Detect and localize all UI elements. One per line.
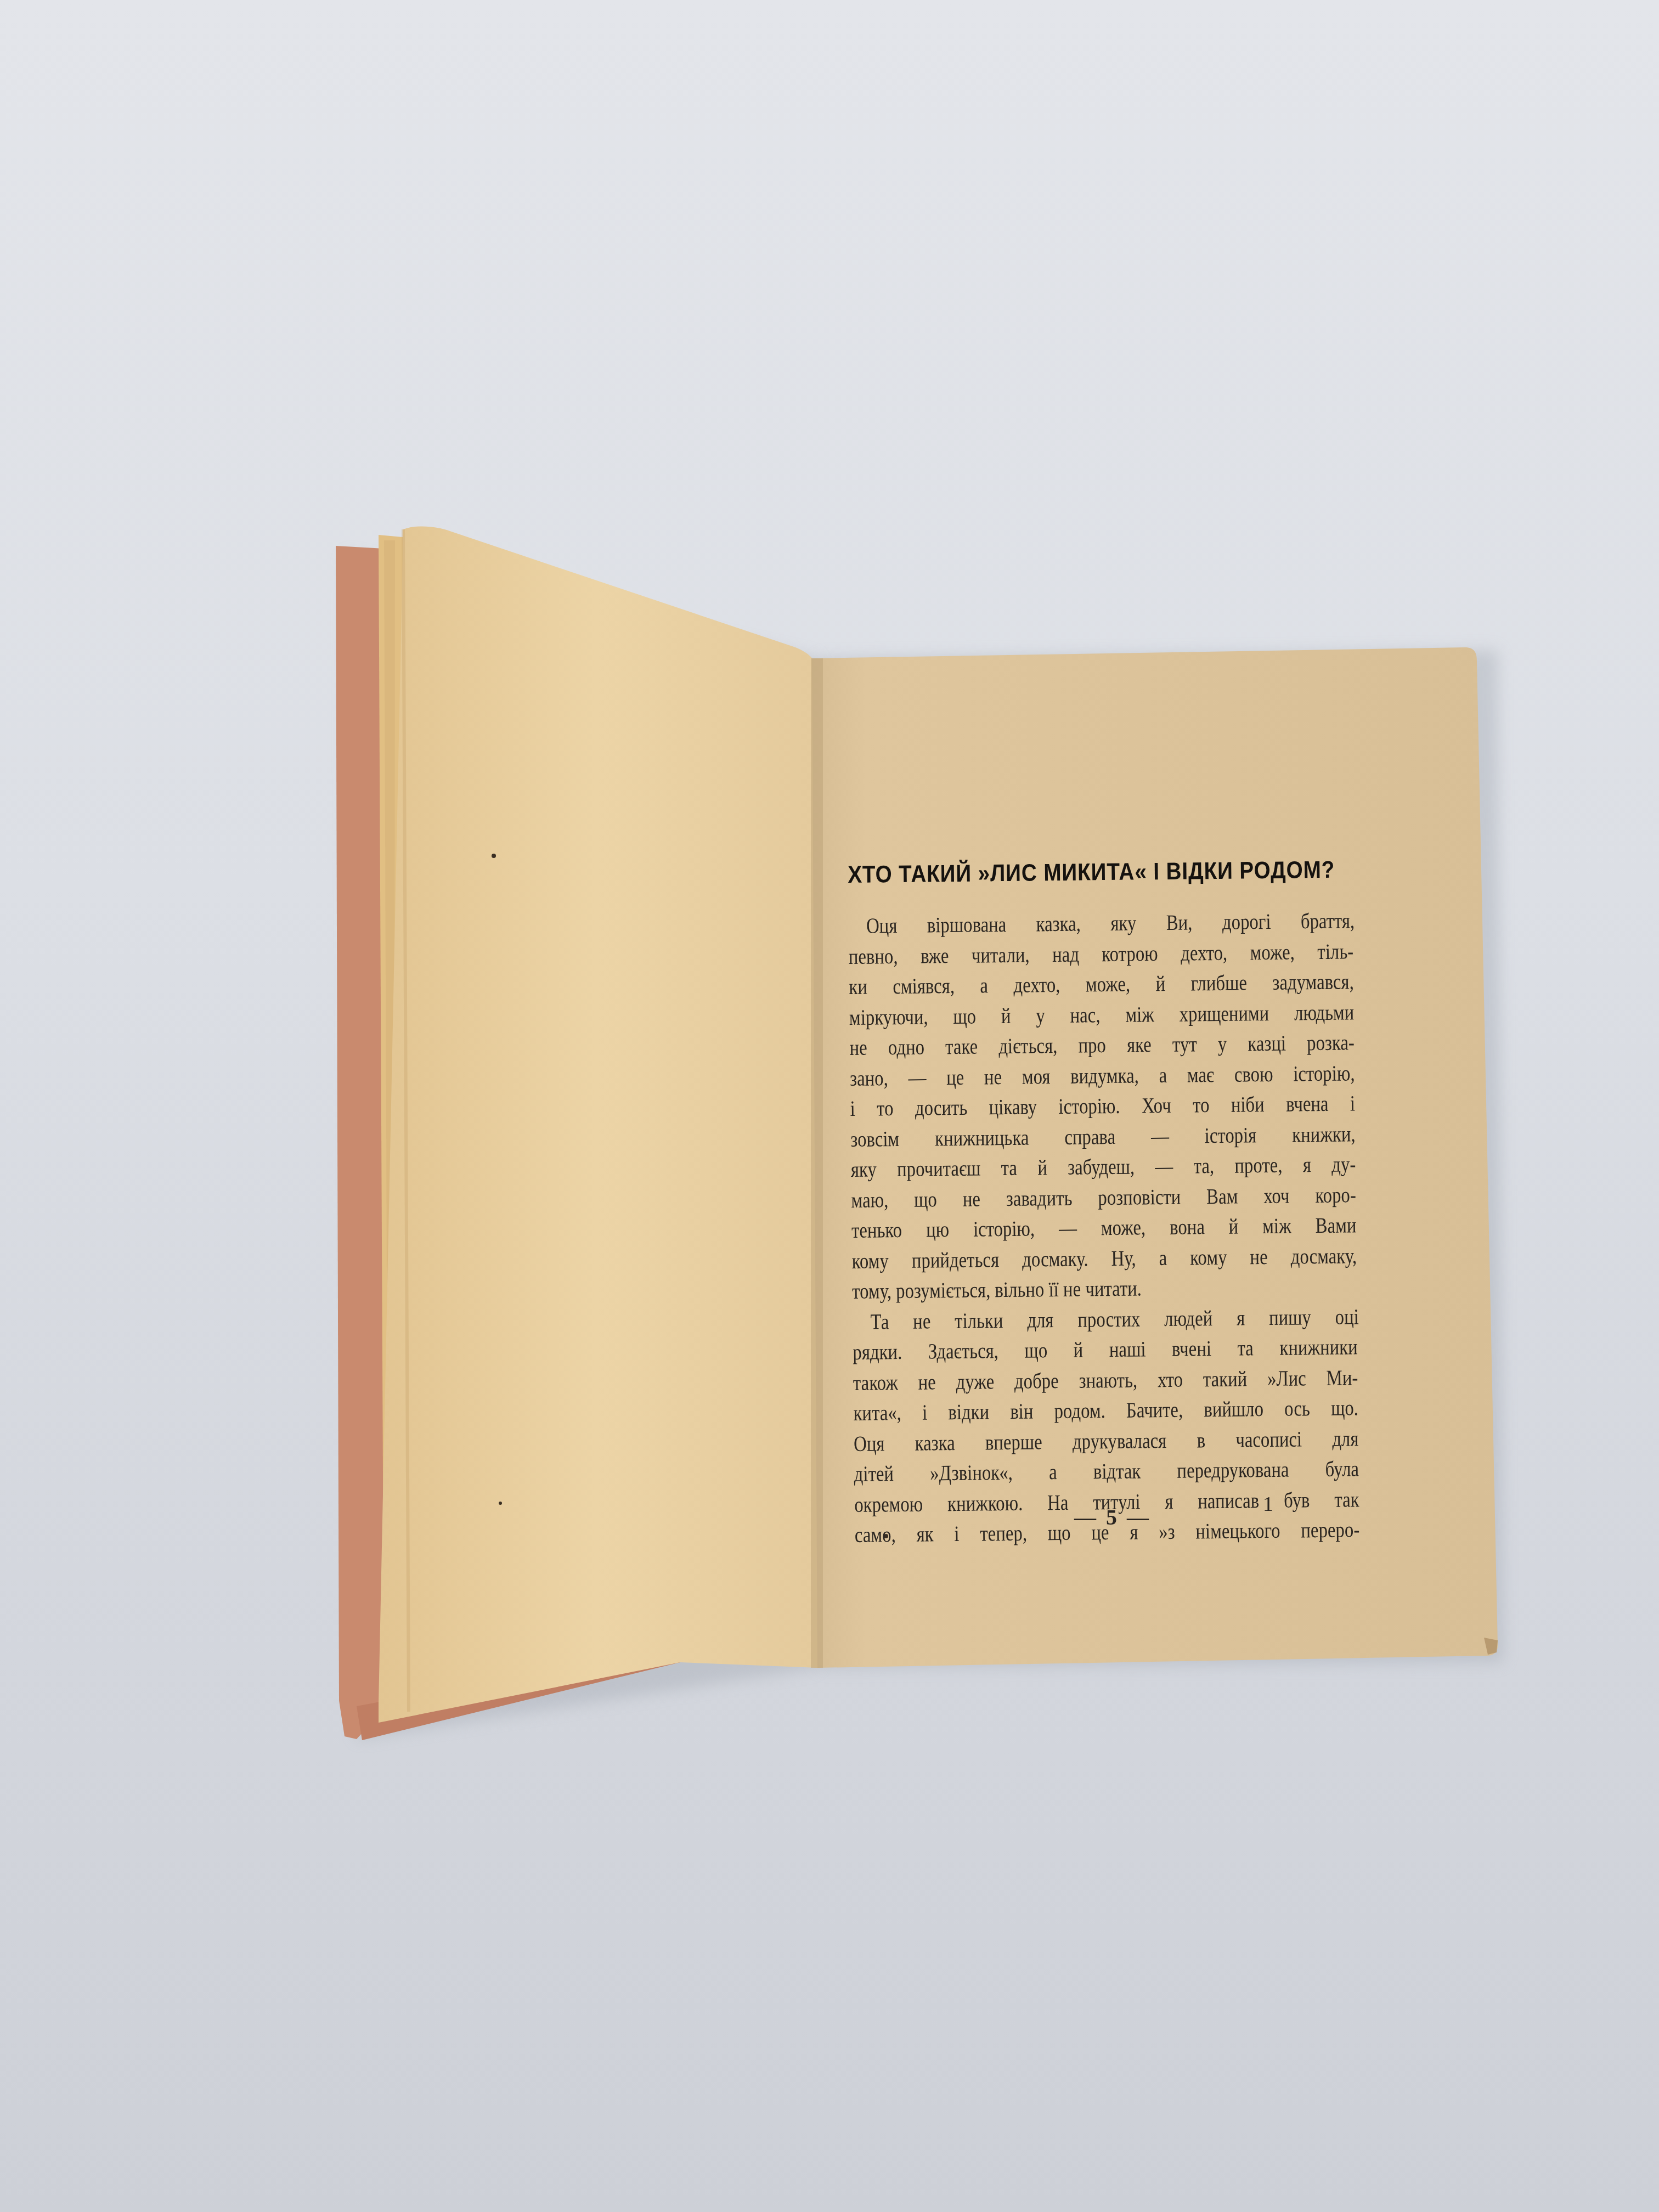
text-line: рядки. Здається, що й наші вчені та книж…: [853, 1331, 1358, 1367]
body-text: Оця віршована казка, яку Ви, дорогі брат…: [848, 905, 1359, 1550]
text-line: Оця віршована казка, яку Ви, дорогі брат…: [848, 905, 1355, 941]
text-line: також не дуже добре знають, хто такий »Л…: [853, 1362, 1358, 1398]
text-line: певно, вже читали, над котрою дехто, мож…: [849, 936, 1354, 972]
text-line: маю, що не завадить розповісти Вам хоч к…: [851, 1180, 1356, 1215]
text-line: ки сміявся, а дехто, може, й глибше заду…: [849, 966, 1354, 1002]
text-line: тенько цю історію, — може, вона й між Ва…: [851, 1210, 1357, 1245]
open-book: [0, 0, 1659, 2212]
text-line: зовсім книжницька справа — історія книжк…: [850, 1119, 1356, 1154]
text-line: міркуючи, що й у нас, між хрищеними людь…: [849, 997, 1355, 1032]
text-line: Та не тільки для простих людей я пишу оц…: [852, 1301, 1359, 1337]
right-page-text: ХТО ТАКИЙ »ЛИС МИКИТА« І ВІДКИ РОДОМ? Оц…: [848, 856, 1359, 1550]
signature-mark: 1: [1263, 1492, 1273, 1516]
text-line: кому прийдеться досмаку. Ну, а кому не д…: [851, 1240, 1357, 1276]
text-line: не одно таке діється, про яке тут у казц…: [849, 1027, 1355, 1063]
page-number: — 5 —: [1074, 1504, 1151, 1530]
text-line: і то досить цікаву історію. Хоч то ніби …: [850, 1088, 1355, 1124]
text-line: дітей »Дзвінок«, а відтак передрукована …: [854, 1453, 1359, 1489]
left-page: [379, 526, 817, 1723]
chapter-heading: ХТО ТАКИЙ »ЛИС МИКИТА« І ВІДКИ РОДОМ?: [848, 857, 1292, 889]
text-line: зано, — це не моя видумка, а має свою іс…: [850, 1058, 1355, 1093]
text-line: яку прочитаєш та й забудеш, — та, проте,…: [851, 1149, 1356, 1184]
text-line: тому, розуміється, вільно її не читати.: [852, 1271, 1357, 1306]
text-line: кита«, і відки він родом. Бачите, вийшло…: [853, 1392, 1358, 1428]
photo-scene: ХТО ТАКИЙ »ЛИС МИКИТА« І ВІДКИ РОДОМ? Оц…: [0, 0, 1659, 2212]
text-line: Оця казка вперше друкувалася в часописі …: [854, 1423, 1359, 1459]
